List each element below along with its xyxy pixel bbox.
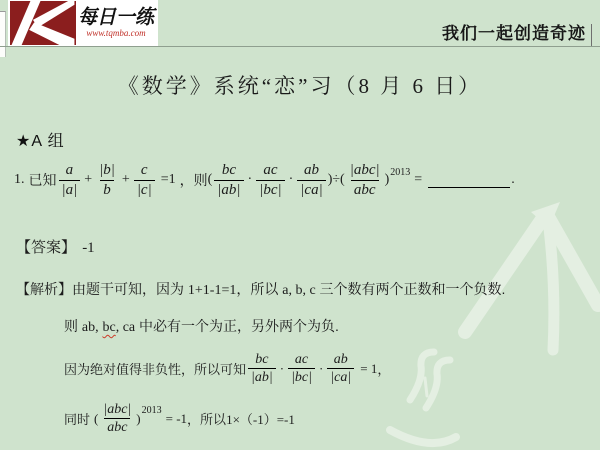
equals-one: = 1 (360, 361, 377, 377)
dot-operator: · (248, 172, 253, 188)
product-ab: ab, (82, 320, 99, 335)
analysis-text: ，所以 (236, 281, 282, 297)
equals-minus-one: = -1 (166, 411, 187, 427)
answer-label: 【答案】 (16, 239, 76, 256)
analysis-line-1: 【解析】由题干可知，因为 1+1-1=1，所以 a, b, c 三个数有两个正数… (16, 279, 505, 299)
page-title: 《数学》系统“恋”习（8 月 6 日） (0, 70, 600, 100)
analysis-line-3: 因为绝对值得非负性，所以可知 bc|ab| · ac|bc| · ab|ca| … (64, 352, 390, 386)
then-label: ，则 (180, 170, 208, 190)
problem-1: 1. 已知 a|a| + |b|b + c|c| =1 ，则 ( bc|ab| … (14, 162, 515, 198)
fraction-abs-abc-over-abc: |abc|abc (100, 402, 134, 436)
brand-logo-mark (10, 1, 76, 45)
answer-value: -1 (82, 240, 95, 256)
dot-operator: · (280, 361, 284, 377)
answer-blank-line (428, 172, 510, 188)
fraction-bc-over-abs-ab: bc|ab| (248, 352, 276, 386)
analysis-text: 三个数有两个正数和一个负数. (316, 281, 506, 297)
dot-operator: · (319, 361, 323, 377)
plus-sign: + (122, 172, 130, 188)
final-computation: 1×（-1）=-1 (226, 409, 295, 428)
section-a-label: ★A 组 (16, 128, 65, 151)
analysis-text: 则 (64, 318, 82, 334)
header-divider (0, 46, 600, 47)
analysis-line-2: 则 ab, bc, ca 中必有一个为正，另外两个为负. (64, 316, 339, 336)
close-divide-open: )÷( (328, 172, 345, 188)
analysis-line-4: 同时 ( |abc|abc ) 2013 = -1 ，所以 1×（-1）=-1 (64, 402, 295, 436)
close-paren: ) (385, 172, 390, 188)
analysis-text: 中必有一个为正，另外两个为负. (135, 318, 339, 334)
plus-sign: + (84, 172, 92, 188)
product-ca: , ca (116, 320, 135, 335)
brand-url: www.tqmba.com (86, 29, 145, 38)
close-paren: ) (136, 411, 140, 427)
fraction-abs-b-over-b: |b|b (96, 162, 118, 198)
brand-logo: 每日一练 www.tqmba.com (8, 0, 158, 46)
fraction-ac-over-abs-bc: ac|bc| (288, 352, 315, 386)
open-paren: ( (208, 172, 213, 188)
fraction-ab-over-abs-ca: ab|ca| (297, 162, 325, 198)
equals-one: =1 (161, 172, 176, 188)
dot-operator: · (289, 172, 294, 188)
analysis-text: 因为绝对值得非负性，所以可知 (64, 359, 246, 378)
analysis-text: 同时 (64, 409, 90, 428)
period: . (511, 172, 515, 188)
analysis-text: 由题干可知，因为 (72, 281, 188, 297)
problem-number: 1. (14, 172, 25, 188)
equals-sign: = (414, 172, 422, 188)
analysis-text: ，所以 (187, 409, 226, 428)
fraction-ab-over-abs-ca: ab|ca| (327, 352, 354, 386)
fraction-a-over-abs-a: a|a| (59, 162, 81, 198)
comma: ， (377, 359, 390, 378)
brand-calligraphy: 每日一练 (78, 8, 154, 28)
exponent-2013: 2013 (142, 405, 162, 416)
product-bc-spellcheck: bc (103, 320, 116, 335)
fraction-ac-over-abs-bc: ac|bc| (256, 162, 284, 198)
fraction-bc-over-abs-ab: bc|ab| (214, 162, 243, 198)
fraction-c-over-abs-c: c|c| (134, 162, 155, 198)
problem-known-label: 已知 (29, 170, 57, 190)
header-vertical-rule (591, 24, 592, 47)
fraction-abs-abc-over-abc: |abc|abc (347, 162, 383, 198)
exponent-2013: 2013 (390, 167, 410, 178)
window-edge-strip (0, 11, 6, 57)
equation-1plus1minus1: 1+1-1=1 (188, 283, 236, 298)
worksheet-page: 每日一练 www.tqmba.com 我们一起创造奇迹 《数学》系统“恋”习（8… (0, 0, 600, 450)
answer-line: 【答案】 -1 (16, 236, 95, 257)
variables-abc: a, b, c (282, 283, 315, 298)
analysis-label: 【解析】 (16, 281, 72, 297)
header-slogan: 我们一起创造奇迹 (442, 19, 586, 44)
open-paren: ( (94, 411, 98, 427)
